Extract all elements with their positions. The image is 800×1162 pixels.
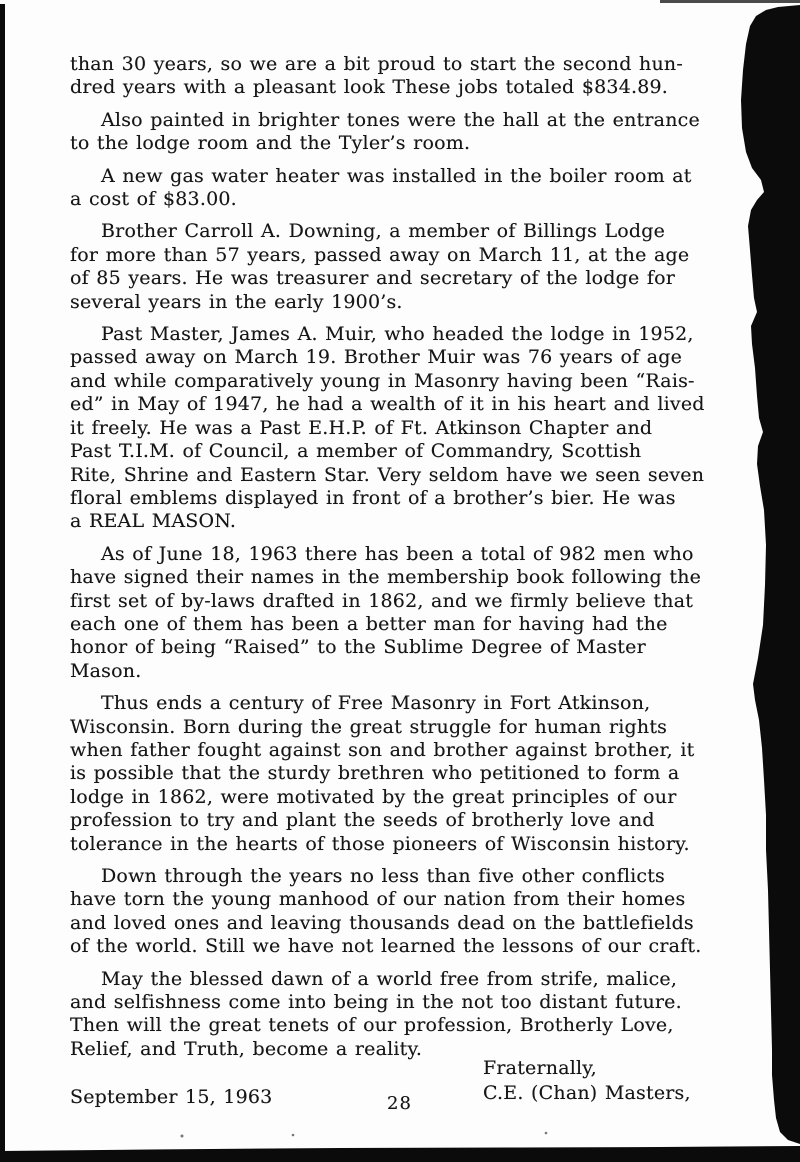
text-line: Brother Carroll A. Downing, a member of … — [70, 220, 715, 243]
scanned-document-page: than 30 years, so we are a bit proud to … — [0, 0, 800, 1162]
text-line: is possible that the sturdy brethren who… — [70, 762, 715, 785]
text-line: Also painted in brighter tones were the … — [70, 109, 715, 132]
paragraph: Down through the years no less than five… — [70, 865, 715, 959]
text-line: for more than 57 years, passed away on M… — [70, 244, 715, 267]
text-line: Thus ends a century of Free Masonry in F… — [70, 692, 715, 715]
text-line: Then will the great tenets of our profes… — [70, 1014, 715, 1037]
text-line: ed” in May of 1947, he had a wealth of i… — [70, 393, 715, 416]
signature-name: C.E. (Chan) Masters, — [483, 1081, 691, 1106]
text-line: it freely. He was a Past E.H.P. of Ft. A… — [70, 417, 715, 440]
text-line: than 30 years, so we are a bit proud to … — [70, 53, 715, 76]
text-line: first set of by-laws drafted in 1862, an… — [70, 590, 715, 613]
text-line: a REAL MASON. — [70, 510, 715, 533]
text-line: floral emblems displayed in front of a b… — [70, 487, 715, 510]
text-line: Wisconsin. Born during the great struggl… — [70, 716, 715, 739]
text-line: As of June 18, 1963 there has been a tot… — [70, 543, 715, 566]
scan-speck — [770, 332, 773, 335]
scan-speck — [181, 1135, 184, 1138]
text-line: several years in the early 1900’s. — [70, 291, 715, 314]
text-line: and while comparatively young in Masonry… — [70, 370, 715, 393]
scan-speck — [766, 247, 769, 250]
bottom-scan-band — [0, 1146, 800, 1162]
text-line: passed away on March 19. Brother Muir wa… — [70, 346, 715, 369]
text-line: May the blessed dawn of a world free fro… — [70, 968, 715, 991]
text-line: Past Master, James A. Muir, who headed t… — [70, 323, 715, 346]
text-line: Past T.I.M. of Council, a member of Comm… — [70, 440, 715, 463]
text-line: of 85 years. He was treasurer and secret… — [70, 267, 715, 290]
signature-closing: Fraternally, — [483, 1056, 691, 1081]
paragraph: Also painted in brighter tones were the … — [70, 109, 715, 156]
text-line: and loved ones and leaving thousands dea… — [70, 912, 715, 935]
text-line: when father fought against son and broth… — [70, 739, 715, 762]
paragraph: Thus ends a century of Free Masonry in F… — [70, 692, 715, 856]
paragraph: than 30 years, so we are a bit proud to … — [70, 53, 715, 100]
text-line: profession to try and plant the seeds of… — [70, 809, 715, 832]
signature-block: Fraternally, C.E. (Chan) Masters, — [483, 1056, 691, 1106]
text-line: tolerance in the hearts of those pioneer… — [70, 833, 715, 856]
text-line: a cost of $83.00. — [70, 188, 715, 211]
scan-speck — [292, 1134, 295, 1137]
paragraph: A new gas water heater was installed in … — [70, 165, 715, 212]
text-line: of the world. Still we have not learned … — [70, 935, 715, 958]
text-line: Rite, Shrine and Eastern Star. Very seld… — [70, 464, 715, 487]
text-line: have torn the young manhood of our natio… — [70, 888, 715, 911]
text-line: lodge in 1862, were motivated by the gre… — [70, 786, 715, 809]
page-number: 28 — [387, 1093, 412, 1114]
text-line: Mason. — [70, 660, 715, 683]
text-line: and selfishness come into being in the n… — [70, 991, 715, 1014]
text-line: honor of being “Raised” to the Sublime D… — [70, 636, 715, 659]
text-line: to the lodge room and the Tyler’s room. — [70, 132, 715, 155]
top-edge-scan-strip — [660, 0, 800, 3]
text-line: have signed their names in the membershi… — [70, 566, 715, 589]
torn-right-edge — [741, 5, 800, 1144]
footer-date: September 15, 1963 — [70, 1086, 272, 1108]
scan-speck — [545, 1132, 548, 1135]
text-line: dred years with a pleasant look These jo… — [70, 76, 715, 99]
text-line: each one of them has been a better man f… — [70, 613, 715, 636]
paragraph: As of June 18, 1963 there has been a tot… — [70, 543, 715, 683]
paragraph: Brother Carroll A. Downing, a member of … — [70, 220, 715, 314]
text-line: Down through the years no less than five… — [70, 865, 715, 888]
document-text: than 30 years, so we are a bit proud to … — [70, 53, 715, 1070]
left-edge-scan-strip — [0, 4, 5, 1162]
text-line: A new gas water heater was installed in … — [70, 165, 715, 188]
paragraph: May the blessed dawn of a world free fro… — [70, 968, 715, 1062]
paragraph: Past Master, James A. Muir, who headed t… — [70, 323, 715, 534]
